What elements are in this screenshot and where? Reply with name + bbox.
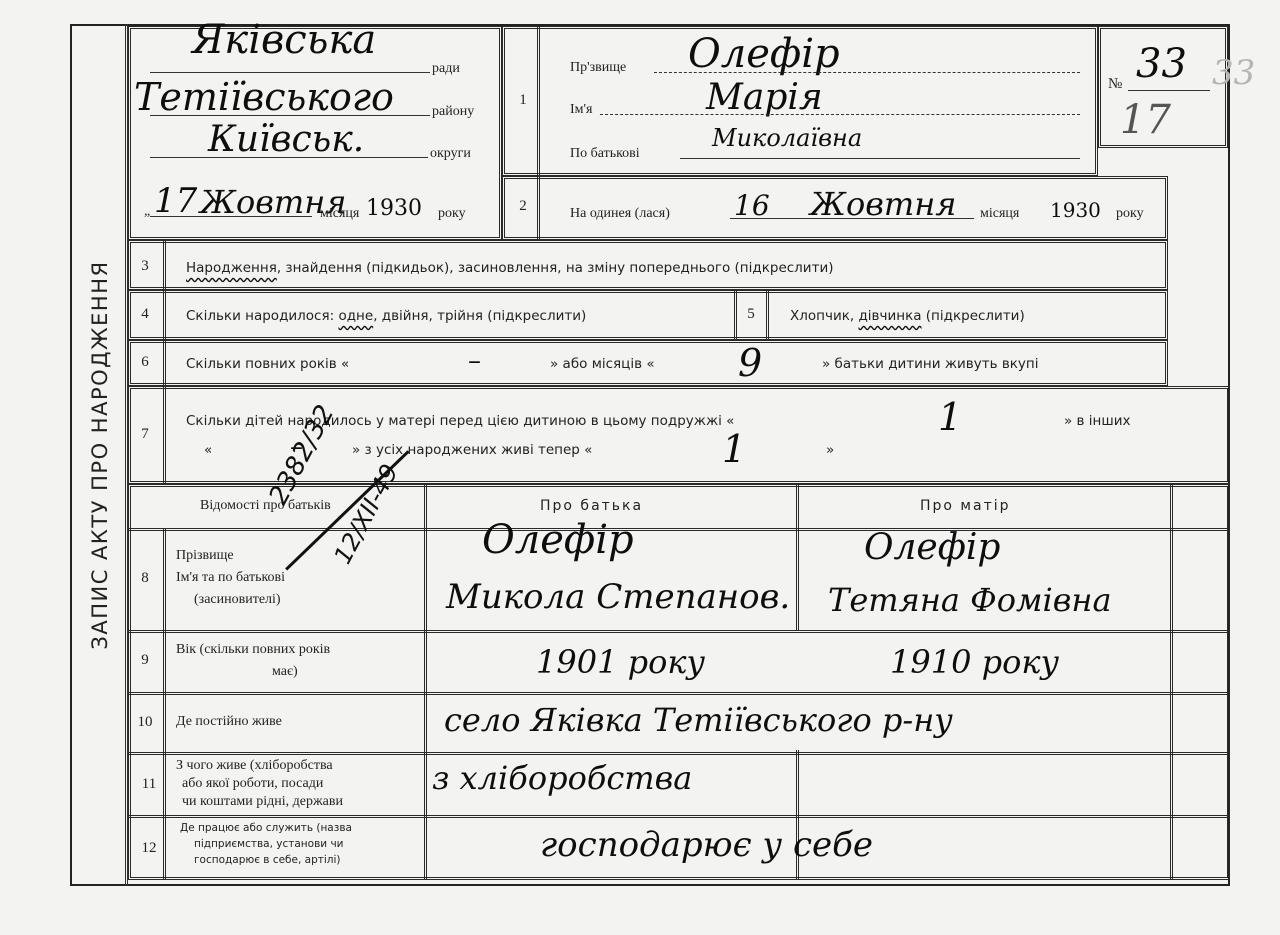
- raion-label: району: [432, 104, 474, 120]
- row-11-num: 11: [136, 776, 162, 793]
- row-8-num: 8: [134, 570, 156, 587]
- row-4-underlined: одне: [338, 308, 373, 324]
- birth-date-rule: [730, 218, 974, 219]
- surname-value: Олефір: [688, 34, 840, 74]
- parents-header-label: Відомості про батьків: [200, 498, 331, 514]
- surname-label: Пр'звище: [570, 60, 626, 76]
- row-11-label-2: або якої роботи, посади: [182, 776, 323, 792]
- patronymic-value: Миколаївна: [712, 126, 862, 150]
- rada-label: ради: [432, 61, 460, 77]
- row-7-line2-b: » з усіх народжених живі тепер «: [352, 442, 592, 458]
- row-6-num: 6: [134, 354, 156, 371]
- row-3-rest: , знайдення (підкидьок), засиновлення, н…: [277, 260, 834, 276]
- side-title: ЗАПИС АКТУ ПРО НАРОДЖЕННЯ: [88, 260, 112, 649]
- row-7-line2-a: «: [204, 442, 212, 458]
- record-number-rule: [1128, 90, 1210, 91]
- birth-month: Жовтня: [810, 188, 956, 220]
- row-11-label-3: чи коштами рідні, держави: [182, 794, 343, 810]
- row-7-alive-value: 1: [722, 430, 746, 468]
- name-rule: [600, 114, 1080, 115]
- okruha-rule: [150, 157, 428, 158]
- row-4-5-divider-a: [734, 290, 737, 340]
- okruha-value: Київськ.: [208, 122, 364, 158]
- row-12-label-2: підприємства, установи чи: [194, 838, 343, 850]
- row-7-line1-b: » в інших: [1064, 413, 1131, 429]
- row-6-text-b: » або місяців «: [550, 356, 655, 372]
- row-1-num: 1: [512, 92, 534, 109]
- row-3-text: Народження, знайдення (підкидьок), засин…: [186, 260, 833, 276]
- raion-value: Тетіївського: [134, 78, 394, 116]
- row-2-num: 2: [512, 198, 534, 215]
- reg-year: 1930: [366, 198, 422, 220]
- row-8-label-3: (засиновителі): [194, 592, 281, 608]
- parents-header-divider: [128, 528, 1230, 531]
- birth-day: 16: [734, 192, 770, 220]
- father-surname: Олефір: [482, 520, 634, 560]
- row-6-text-c: » батьки дитини живуть вкупі: [822, 356, 1039, 372]
- row-9-label-2: має): [272, 664, 298, 680]
- record-number-secondary: 17: [1120, 100, 1171, 140]
- row-4-5-divider-b: [766, 290, 769, 340]
- row-9-num: 9: [134, 652, 156, 669]
- birth-year-label: року: [1116, 206, 1144, 222]
- row-4-text-b: , двійня, трійня (підкреслити): [373, 308, 586, 324]
- row-7-line1-a: Скільки дітей народилось у матері перед …: [186, 413, 734, 429]
- parents-label-divider: [424, 484, 427, 880]
- father-mother-divider-top: [796, 484, 799, 630]
- row-9-bottom: [128, 692, 1230, 695]
- parents-num-divider: [163, 528, 166, 880]
- livelihood-value: з хліборобства: [432, 762, 692, 794]
- row-5-text: Хлопчик, дівчинка (підкреслити): [790, 308, 1025, 324]
- surname-rule: [654, 72, 1080, 73]
- birth-record-form: ЗАПИС АКТУ ПРО НАРОДЖЕННЯ Яківська ради …: [0, 0, 1280, 935]
- row-6-years-value: –: [468, 348, 481, 374]
- row-5-num: 5: [740, 306, 762, 323]
- birth-year: 1930: [1050, 200, 1101, 220]
- reg-day: 17: [154, 184, 197, 218]
- row-11-bottom: [128, 815, 1230, 818]
- row-10-bottom: [128, 752, 1230, 755]
- reg-date-rule: [150, 216, 312, 217]
- row-7-this-marriage-value: 1: [938, 398, 962, 436]
- row-7-line2-c: »: [826, 442, 834, 458]
- name-value: Марія: [706, 80, 823, 116]
- row-5-underlined: дівчинка: [858, 308, 921, 324]
- record-number-value: 33: [1136, 44, 1187, 84]
- row-7-num: 7: [134, 426, 156, 443]
- row-4-text-a: Скільки народилося:: [186, 308, 338, 324]
- row-5-text-a: Хлопчик,: [790, 308, 858, 324]
- row-5-text-b: (підкреслити): [922, 308, 1025, 324]
- rada-rule: [150, 72, 430, 73]
- row-8-bottom: [128, 630, 1230, 633]
- birth-month-label: місяця: [980, 206, 1019, 222]
- parents-right-divider: [1170, 484, 1173, 880]
- residence-value: село Яківка Тетіївського р-ну: [444, 704, 953, 736]
- reg-month-label: місяця: [320, 206, 359, 222]
- row-11-label-1: З чого живе (хліборобства: [176, 758, 333, 774]
- parents-table: [128, 484, 1230, 880]
- workplace-value: господарює у себе: [540, 828, 873, 862]
- row-6-text-a: Скільки повних років «: [186, 356, 349, 372]
- row-8-label-1: Прізвище: [176, 548, 234, 564]
- mother-age: 1910 року: [890, 646, 1059, 678]
- row-2-prefix: На одинея (лася): [570, 206, 670, 222]
- date-open-quote: „: [144, 204, 150, 220]
- row-10-num: 10: [134, 714, 156, 731]
- reg-year-label: року: [438, 206, 466, 222]
- patronymic-label: По батькові: [570, 146, 640, 162]
- row-12-label-1: Де працює або служить (назва: [180, 822, 352, 834]
- col-mother-header: Про матір: [920, 498, 1011, 514]
- col-father-header: Про батька: [540, 498, 643, 514]
- okruha-label: округи: [430, 146, 471, 162]
- row-4-num: 4: [134, 306, 156, 323]
- father-name: Микола Степанов.: [446, 580, 790, 614]
- rada-value: Яківська: [192, 20, 376, 60]
- row-3-num: 3: [134, 258, 156, 275]
- row-12-num: 12: [136, 840, 162, 857]
- raion-rule: [150, 115, 430, 116]
- father-age: 1901 року: [536, 646, 705, 678]
- row-10-label: Де постійно живе: [176, 714, 282, 730]
- mother-name: Тетяна Фомівна: [828, 584, 1112, 616]
- row-3-underlined: Народження: [186, 260, 277, 276]
- mother-surname: Олефір: [864, 530, 1000, 566]
- faded-margin-number: 33: [1212, 56, 1255, 90]
- record-number-label: №: [1108, 76, 1122, 93]
- row-12-label-3: господарює в себе, артілі): [194, 854, 341, 866]
- row-4-text: Скільки народилося: одне, двійня, трійня…: [186, 308, 586, 324]
- row-6-months-value: 9: [738, 344, 762, 382]
- row-9-label-1: Вік (скільки повних років: [176, 642, 330, 658]
- name-label: Ім'я: [570, 102, 592, 118]
- row-8-label-2: Ім'я та по батькові: [176, 570, 285, 586]
- patronymic-rule: [680, 158, 1080, 159]
